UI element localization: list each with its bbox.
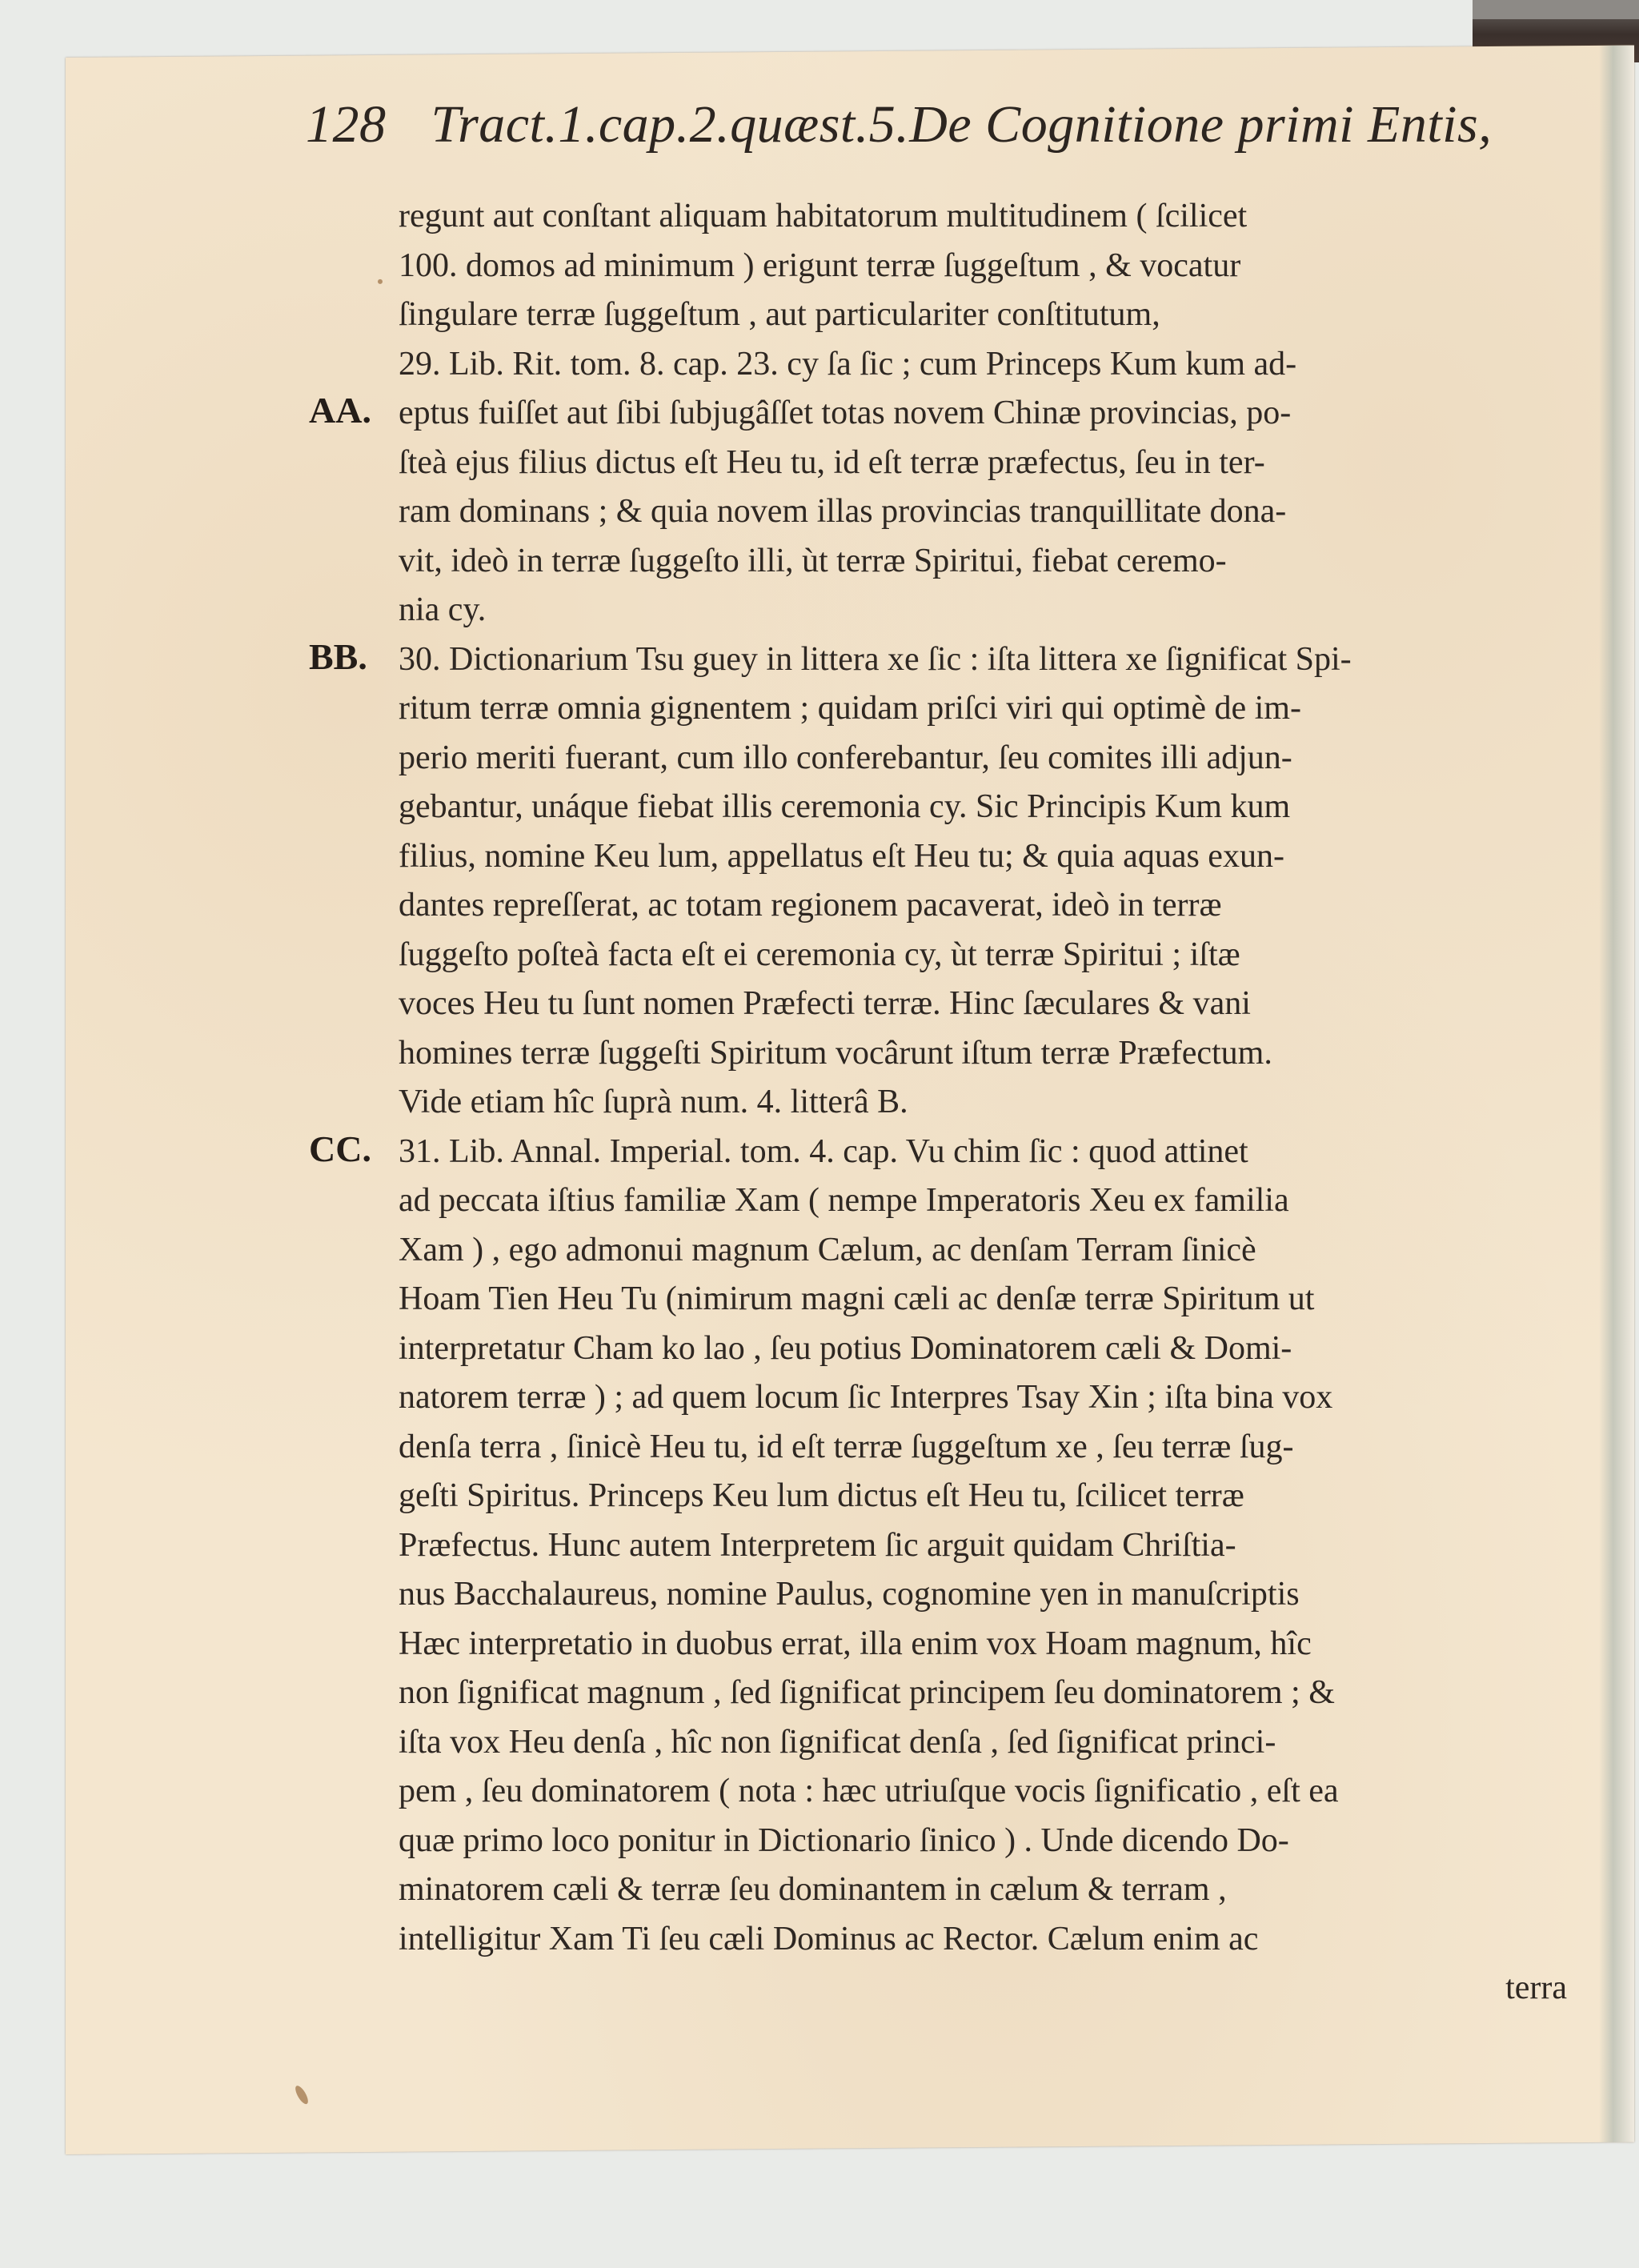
text-line: Præfectus. Hunc autem Interpretem ſic ar… [399, 1521, 1631, 1571]
text-line: Hæc interpretatio in duobus errat, illa … [399, 1620, 1631, 1669]
text-line: Vide etiam hîc ſuprà num. 4. litterâ B. [399, 1078, 1631, 1128]
text-line: Hoam Tien Heu Tu (nimirum magni cæli ac … [399, 1275, 1631, 1324]
text-line: vit, ideò in terræ ſuggeſto illi, ùt ter… [399, 537, 1631, 587]
text-line: iſta vox Heu denſa , hîc non ſignificat … [399, 1718, 1631, 1768]
text-line: eptus fuiſſet aut ſibi ſubjugâſſet totas… [399, 389, 1631, 439]
margin-label-cc: CC. [309, 1128, 371, 1170]
text-line: regunt aut conſtant aliquam habitatorum … [399, 192, 1631, 242]
text-line: ritum terræ omnia gignentem ; quidam pri… [399, 684, 1631, 734]
running-title: Tract.1.cap.2.quæst.5.De Cognitione prim… [431, 95, 1493, 154]
text-line: geſti Spiritus. Princeps Keu lum dictus … [399, 1472, 1631, 1521]
text-line: ſteà ejus filius dictus eſt Heu tu, id e… [399, 439, 1631, 488]
section-intro: regunt aut conſtant aliquam habitatorum … [399, 192, 1631, 340]
text-line: ſuggeſto poſteà facta eſt ei ceremonia c… [399, 931, 1631, 980]
margin-label-bb: BB. [309, 635, 367, 678]
text-line: minatorem cæli & terræ ſeu dominantem in… [399, 1865, 1631, 1915]
text-line: pem , ſeu dominatorem ( nota : hæc utriu… [399, 1767, 1631, 1817]
text-line: ſingulare terræ ſuggeſtum , aut particul… [399, 291, 1631, 340]
text-line: nus Bacchalaureus, nomine Paulus, cognom… [399, 1570, 1631, 1620]
section-bb: 30. Dictionarium Tsu guey in littera xe … [399, 635, 1631, 1128]
text-line: interpretatur Cham ko lao , ſeu potius D… [399, 1324, 1631, 1374]
text-line: voces Heu tu ſunt nomen Præfecti terræ. … [399, 980, 1631, 1029]
text-line: ram dominans ; & quia novem illas provin… [399, 487, 1631, 537]
text-line: gebantur, unáque fiebat illis ceremonia … [399, 783, 1631, 832]
text-line: natorem terræ ) ; ad quem locum ſic Inte… [399, 1373, 1631, 1423]
text-line: perio meriti fuerant, cum illo confereba… [399, 734, 1631, 783]
text-line: quæ primo loco ponitur in Dictionario ſi… [399, 1817, 1631, 1866]
margin-label-aa: AA. [309, 389, 371, 431]
paper-stain [293, 2084, 311, 2106]
section-cc: 31. Lib. Annal. Imperial. tom. 4. cap. V… [399, 1128, 1631, 1965]
catchword: terra [399, 1964, 1631, 2014]
text-line: intelligitur Xam Ti ſeu cæli Dominus ac … [399, 1915, 1631, 1965]
text-line: 100. domos ad minimum ) erigunt terræ ſu… [399, 242, 1631, 291]
text-line: ad peccata iſtius familiæ Xam ( nempe Im… [399, 1176, 1631, 1226]
text-line: filius, nomine Keu lum, appellatus eſt H… [399, 832, 1631, 882]
text-line: 31. Lib. Annal. Imperial. tom. 4. cap. V… [399, 1128, 1631, 1177]
text-line: homines terræ ſuggeſti Spiritum vocârunt… [399, 1029, 1631, 1079]
text-line: 29. Lib. Rit. tom. 8. cap. 23. cy ſa ſic… [399, 340, 1631, 390]
text-line: non ſignificat magnum , ſed ſignificat p… [399, 1669, 1631, 1718]
paper-stain [378, 279, 383, 284]
main-text-block: regunt aut conſtant aliquam habitatorum … [399, 192, 1631, 2014]
text-line: Xam ) , ego admonui magnum Cælum, ac den… [399, 1226, 1631, 1276]
text-line: 30. Dictionarium Tsu guey in littera xe … [399, 635, 1631, 685]
text-line: dantes repreſſerat, ac totam regionem pa… [399, 881, 1631, 931]
text-line: denſa terra , ſinicè Heu tu, id eſt terr… [399, 1423, 1631, 1473]
page-number: 128 [306, 95, 387, 154]
section-aa: 29. Lib. Rit. tom. 8. cap. 23. cy ſa ſic… [399, 340, 1631, 635]
text-line: nia cy. [399, 586, 1631, 635]
running-header: 128 Tract.1.cap.2.quæst.5.De Cognitione … [306, 94, 1492, 155]
